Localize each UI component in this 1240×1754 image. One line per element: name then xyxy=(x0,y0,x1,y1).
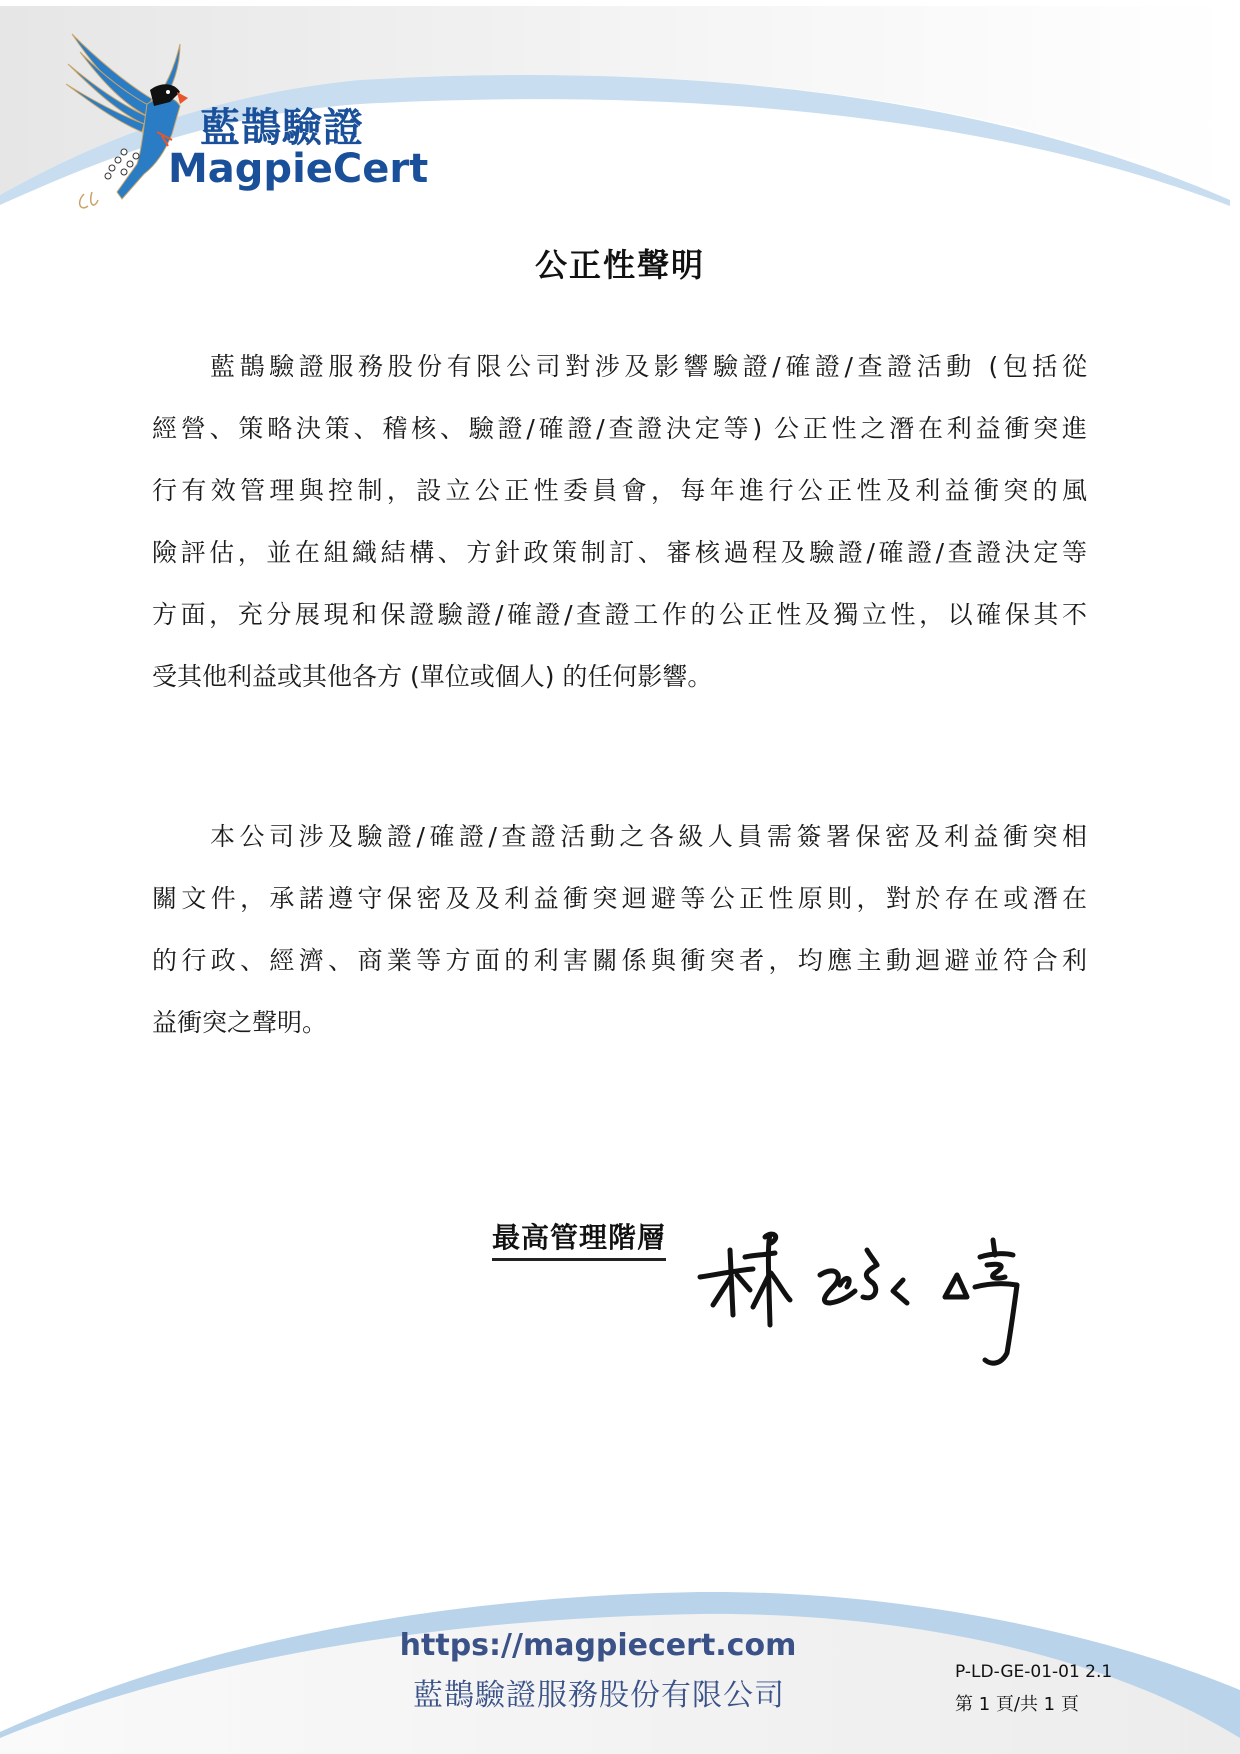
paragraph-line: 關文件，承諾遵守保密及及利益衝突迴避等公正性原則，對於存在或潛在 xyxy=(152,868,1087,930)
paragraph-line: 藍鵲驗證服務股份有限公司對涉及影響驗證/確證/查證活動 (包括從 xyxy=(152,336,1087,398)
logo-name-english: MagpieCert xyxy=(168,146,428,192)
paragraph-confidentiality: 本公司涉及驗證/確證/查證活動之各級人員需簽署保密及利益衝突相 關文件，承諾遵守… xyxy=(152,806,1087,1054)
paragraph-line: 經營、策略決策、稽核、驗證/確證/查證決定等) 公正性之潛在利益衝突進 xyxy=(152,398,1087,460)
paragraph-line: 險評估，並在組織結構、方針政策制訂、審核過程及驗證/確證/查證決定等 xyxy=(152,522,1087,584)
paragraph-impartiality: 藍鵲驗證服務股份有限公司對涉及影響驗證/確證/查證活動 (包括從 經營、策略決策… xyxy=(152,336,1087,708)
footer-url-text[interactable]: https://magpiecert.com xyxy=(400,1628,797,1663)
page-title: 公正性聲明 xyxy=(0,240,1240,286)
paragraph-line: 方面，充分展現和保證驗證/確證/查證工作的公正性及獨立性，以確保其不 xyxy=(152,584,1087,646)
footer-website-link[interactable]: https://magpiecert.com xyxy=(0,1628,1240,1663)
logo-name-chinese: 藍鵲驗證 xyxy=(200,96,364,153)
paragraph-line: 的行政、經濟、商業等方面的利害關係與衝突者，均應主動迴避並符合利 xyxy=(152,930,1087,992)
page-number: 第 1 頁/共 1 頁 xyxy=(955,1690,1079,1716)
paragraph-line: 本公司涉及驗證/確證/查證活動之各級人員需簽署保密及利益衝突相 xyxy=(152,806,1087,868)
handwritten-signature xyxy=(695,1225,1085,1390)
paragraph-line: 行有效管理與控制，設立公正性委員會，每年進行公正性及利益衝突的風 xyxy=(152,460,1087,522)
document-code: P-LD-GE-01-01 2.1 xyxy=(955,1662,1112,1682)
paragraph-line: 益衝突之聲明。 xyxy=(152,992,1087,1054)
signer-title: 最高管理階層 xyxy=(492,1216,666,1261)
footer-company-text: 藍鵲驗證服務股份有限公司 xyxy=(413,1670,785,1714)
paragraph-line: 受其他利益或其他各方 (單位或個人) 的任何影響。 xyxy=(152,646,1087,708)
